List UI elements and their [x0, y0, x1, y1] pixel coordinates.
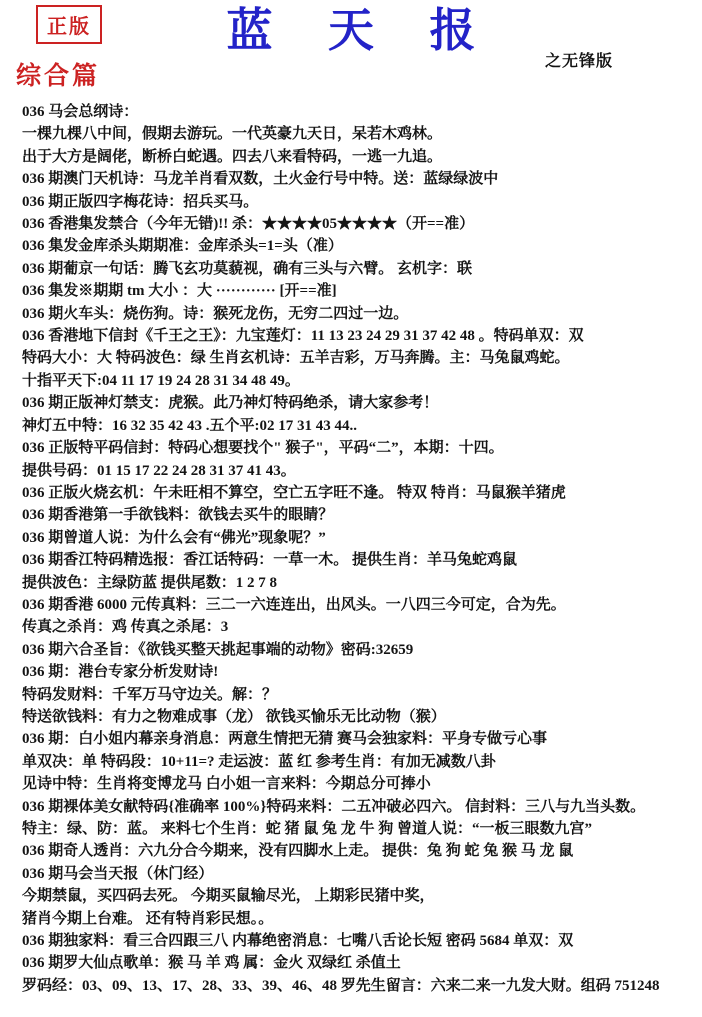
report-line: 036 香港集发禁合（今年无错)!! 杀：★★★★05★★★★（开==准）	[22, 213, 698, 235]
report-line: 罗码经：03、09、13、17、28、33、39、46、48 罗先生留言：六来二…	[22, 975, 698, 997]
report-line: 036 期：白小姐内幕亲身消息：两意生情把无猜 赛马会独家料：平身专做亏心事	[22, 728, 698, 750]
report-line: 036 期香江特码精选报：香江话特码：一草一木。 提供生肖：羊马兔蛇鸡鼠	[22, 549, 698, 571]
report-line: 提供号码：01 15 17 22 24 28 31 37 41 43。	[22, 460, 698, 482]
report-line: 神灯五中特：16 32 35 42 43 .五个平:02 17 31 43 44…	[22, 415, 698, 437]
report-line: 特码发财料：千军万马守边关。解：？	[22, 684, 698, 706]
report-line: 提供波色：主绿防蓝 提供尾数：1 2 7 8	[22, 572, 698, 594]
report-line: 出于大方是阔佬，断桥白蛇遇。四去八来看特码，一逃一九追。	[22, 146, 698, 168]
report-line: 036 期裸体美女献特码{准确率 100%}特码来料：二五冲破必四六。 信封料：…	[22, 796, 698, 818]
report-line: 036 期独家料：看三合四跟三八 内幕绝密消息：七嘴八舌论长短 密码 5684 …	[22, 930, 698, 952]
report-line: 036 正版特平码信封：特码心想要找个" 猴子"，平码“二”，本期：十四。	[22, 437, 698, 459]
report-line: 一棵九棵八中间，假期去游玩。一代英豪九天日，呆若木鸡林。	[22, 123, 698, 145]
report-line: 036 正版火烧玄机：午未旺相不算空，空亡五字旺不逢。 特双 特肖：马鼠猴羊猪虎	[22, 482, 698, 504]
report-line: 036 期正版四字梅花诗：招兵买马。	[22, 191, 698, 213]
report-line: 036 期六合圣旨：《欲钱买整天挑起事端的动物》密码:32659	[22, 639, 698, 661]
report-line: 036 期香港 6000 元传真料：三二一六连连出，出风头。一八四三今可定，合为…	[22, 594, 698, 616]
report-line: 036 期香港第一手欲钱料：欲钱去买牛的眼睛？	[22, 504, 698, 526]
report-line: 十指平天下:04 11 17 19 24 28 31 34 48 49。	[22, 370, 698, 392]
report-line: 猪肖今期上台难。 还有特肖彩民想。。	[22, 908, 698, 930]
report-line: 036 期罗大仙点歌单：猴 马 羊 鸡 属：金火 双绿红 杀值土	[22, 952, 698, 974]
report-line: 036 期葡京一句话：腾飞玄功莫藐视，确有三头与六臂。 玄机字：联	[22, 258, 698, 280]
report-line: 036 期正版神灯禁支：虎猴。此乃神灯特码绝杀，请大家参考！	[22, 392, 698, 414]
report-line: 036 期澳门天机诗：马龙羊肖看双数，土火金行号中特。送：蓝绿绿波中	[22, 168, 698, 190]
report-line: 036 马会总纲诗：	[22, 101, 698, 123]
report-body: 036 马会总纲诗： 一棵九棵八中间，假期去游玩。一代英豪九天日，呆若木鸡林。 …	[22, 101, 698, 997]
report-line: 传真之杀肖：鸡 传真之杀尾：3	[22, 616, 698, 638]
report-line: 036 集发※期期 tm 大小 ：大 ············ [开==准]	[22, 280, 698, 302]
report-line: 036 香港地下信封《千王之王》：九宝莲灯：11 13 23 24 29 31 …	[22, 325, 698, 347]
report-line: 见诗中特：生肖将变博龙马 白小姐一言来料：今期总分可捧小	[22, 773, 698, 795]
report-line: 特主：绿、防：蓝。 来料七个生肖：蛇 猪 鼠 兔 龙 牛 狗 曾道人说：“一板三…	[22, 818, 698, 840]
report-line: 单双决：单 特码段：10+11=? 走运波：蓝 红 参考生肖：有加无减数八卦	[22, 751, 698, 773]
report-line: 036 集发金库杀头期期准：金库杀头=1=头（准）	[22, 235, 698, 257]
report-line: 今期禁鼠，买四码去死。 今期买鼠输尽光， 上期彩民猪中奖，	[22, 885, 698, 907]
report-line: 036 期奇人透肖：六九分合今期来，没有四脚水上走。 提供：兔 狗 蛇 兔 猴 …	[22, 840, 698, 862]
report-line: 036 期曾道人说：为什么会有“佛光”现象呢？”	[22, 527, 698, 549]
edition-label: 之无锋版	[545, 48, 613, 71]
section-title: 综合篇	[16, 56, 100, 92]
report-line: 特送欲钱料：有力之物难成事（龙） 欲钱买愉乐无比动物（猴）	[22, 706, 698, 728]
report-line: 036 期马会当天报（休门经）	[22, 863, 698, 885]
report-line: 036 期火车头：烧伤狗。诗：猴死龙伤，无穷二四过一边。	[22, 303, 698, 325]
report-line: 特码大小：大 特码波色：绿 生肖玄机诗：五羊吉彩，万马奔腾。主：马兔鼠鸡蛇。	[22, 347, 698, 369]
newspaper-page: 正版 蓝 天 报 之无锋版 综合篇 036 马会总纲诗： 一棵九棵八中间，假期去…	[0, 0, 702, 1017]
report-line: 036 期：港台专家分析发财诗!	[22, 661, 698, 683]
